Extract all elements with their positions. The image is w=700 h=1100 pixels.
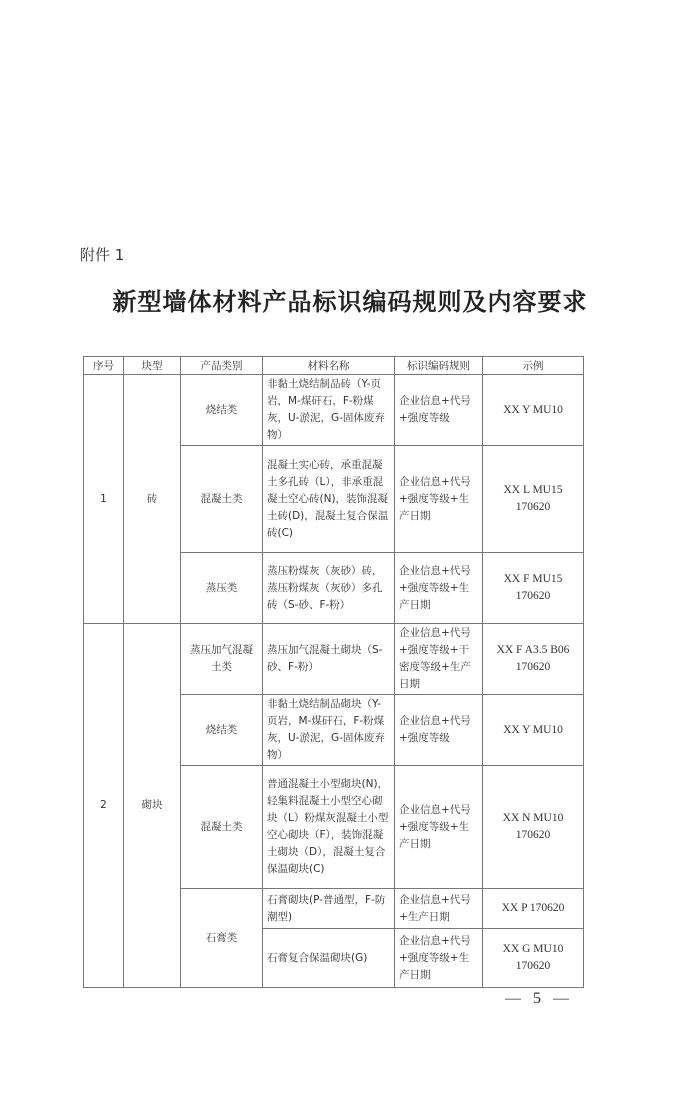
row-material: 蒸压加气混凝土砌块（S-砂、F-粉） [263, 624, 395, 695]
table-row: 2 砌块 蒸压加气混凝土类 蒸压加气混凝土砌块（S-砂、F-粉） 企业信息+代号… [84, 624, 584, 695]
row-rule: 企业信息+代号+强度等级 [395, 695, 483, 766]
row-rule: 企业信息+代号+强度等级+干密度等级+生产日期 [395, 624, 483, 695]
attachment-label: 附件 1 [80, 244, 124, 265]
row-rule: 企业信息+代号+强度等级+生产日期 [395, 766, 483, 889]
row-example: XX F MU15 170620 [483, 553, 584, 624]
row-category: 石膏类 [181, 889, 263, 988]
row-material: 混凝土实心砖，承重混凝土多孔砖（L），非承重混凝土空心砖(N)，装饰混凝土砖(D… [263, 446, 395, 553]
row-material: 蒸压粉煤灰（灰砂）砖，蒸压粉煤灰（灰砂）多孔砖（S-砂、F-粉） [263, 553, 395, 624]
row-example: XX N MU10 170620 [483, 766, 584, 889]
table-row: 1 砖 烧结类 非黏土烧结制品砖（Y-页岩，M-煤矸石，F-粉煤灰，U-淤泥，G… [84, 375, 584, 446]
header-category: 产品类别 [181, 357, 263, 375]
row-category: 烧结类 [181, 375, 263, 446]
row-rule: 企业信息+代号+强度等级+生产日期 [395, 446, 483, 553]
row-example: XX P 170620 [483, 889, 584, 929]
row-category: 混凝土类 [181, 446, 263, 553]
row-rule: 企业信息+代号+生产日期 [395, 889, 483, 929]
coding-rules-table: 序号 块型 产品类别 材料名称 标识编码规则 示例 1 砖 烧结类 非黏土烧结制… [83, 356, 584, 988]
row-example: XX G MU10 170620 [483, 929, 584, 988]
table-header-row: 序号 块型 产品类别 材料名称 标识编码规则 示例 [84, 357, 584, 375]
group-block-type: 砌块 [124, 624, 181, 988]
group-index: 1 [84, 375, 124, 624]
row-category: 蒸压加气混凝土类 [181, 624, 263, 695]
header-example: 示例 [483, 357, 584, 375]
header-material: 材料名称 [263, 357, 395, 375]
row-category: 混凝土类 [181, 766, 263, 889]
row-rule: 企业信息+代号+强度等级+生产日期 [395, 553, 483, 624]
row-example: XX F A3.5 B06 170620 [483, 624, 584, 695]
row-example: XX L MU15 170620 [483, 446, 584, 553]
row-rule: 企业信息+代号+强度等级+生产日期 [395, 929, 483, 988]
header-block-type: 块型 [124, 357, 181, 375]
row-category: 烧结类 [181, 695, 263, 766]
row-rule: 企业信息+代号+强度等级 [395, 375, 483, 446]
row-material: 非黏土烧结制品砌块（Y-页岩，M-煤矸石，F-粉煤灰，U-淤泥，G-固体废弃物） [263, 695, 395, 766]
row-example: XX Y MU10 [483, 375, 584, 446]
row-material: 石膏砌块(P-普通型，F-防潮型) [263, 889, 395, 929]
row-material: 石膏复合保温砌块(G) [263, 929, 395, 988]
group-block-type: 砖 [124, 375, 181, 624]
group-index: 2 [84, 624, 124, 988]
row-material: 普通混凝土小型砌块(N)，轻集料混凝土小型空心砌块（L）粉煤灰混凝土小型空心砌块… [263, 766, 395, 889]
header-rule: 标识编码规则 [395, 357, 483, 375]
page-number: — 5 — [505, 990, 573, 1008]
header-index: 序号 [84, 357, 124, 375]
row-material: 非黏土烧结制品砖（Y-页岩，M-煤矸石，F-粉煤灰，U-淤泥，G-固体废弃物） [263, 375, 395, 446]
document-title: 新型墙体材料产品标识编码规则及内容要求 [0, 282, 700, 317]
row-category: 蒸压类 [181, 553, 263, 624]
row-example: XX Y MU10 [483, 695, 584, 766]
